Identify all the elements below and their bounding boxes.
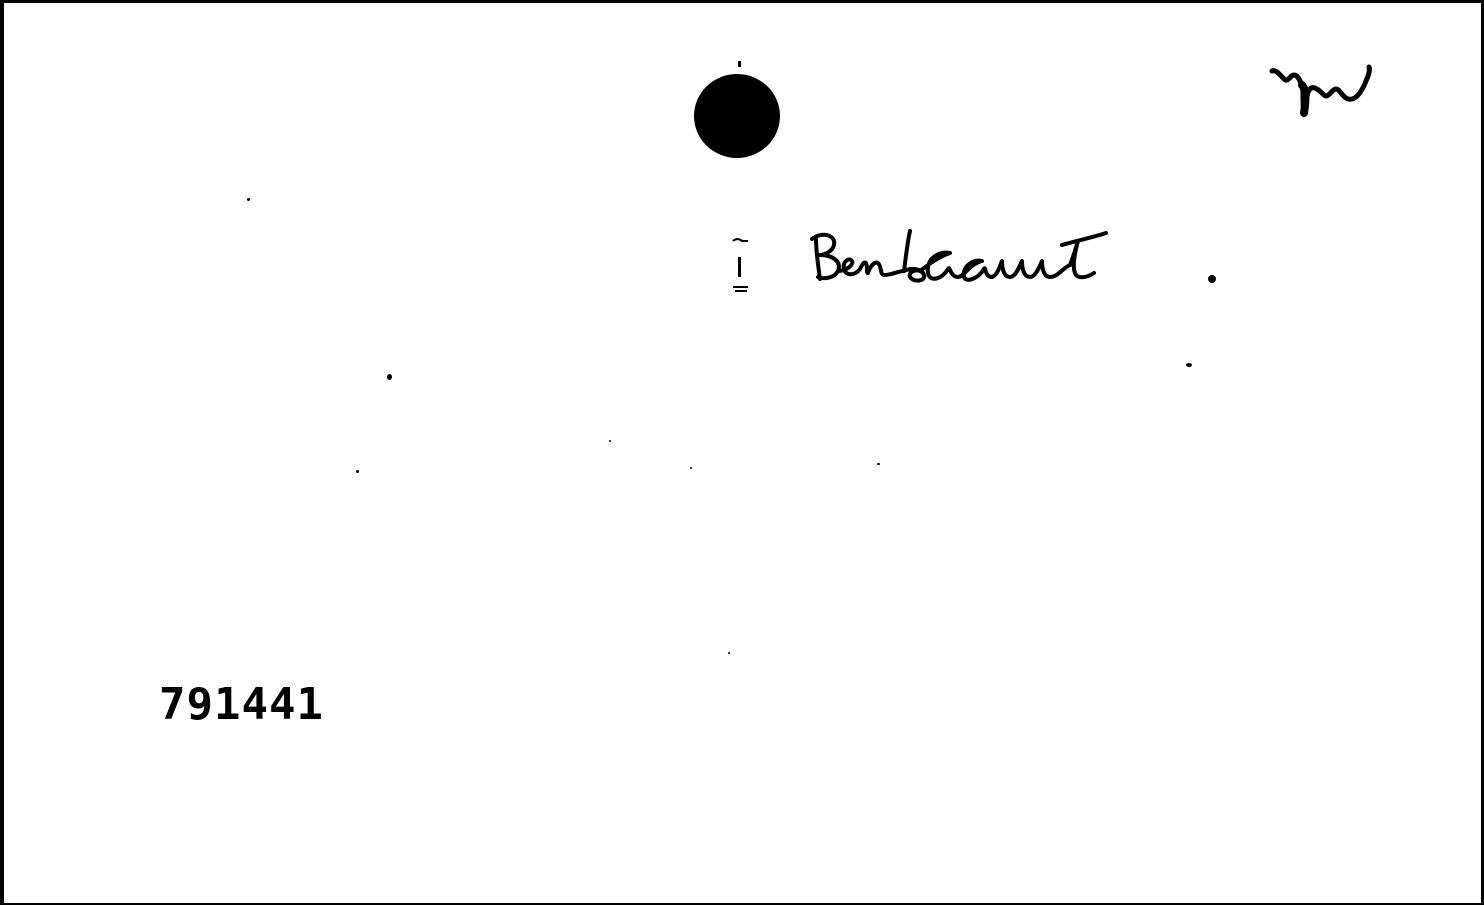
scan-speck	[877, 463, 880, 465]
scan-speck	[728, 652, 730, 654]
card-number: 791441	[159, 683, 324, 727]
signature-icon	[808, 225, 1228, 295]
initials-scribble-icon	[1266, 61, 1376, 121]
roman-i-icon	[730, 235, 752, 297]
scan-speck	[738, 61, 741, 67]
punch-hole	[694, 74, 780, 158]
scan-speck	[247, 198, 250, 201]
scan-speck	[690, 467, 692, 469]
scan-speck	[609, 440, 611, 442]
handwritten-initials: ym	[1266, 61, 1376, 121]
index-card: ym i Bentsaamt.	[4, 3, 1482, 903]
scan-speck	[1186, 363, 1192, 367]
roman-numeral-mark: i	[730, 235, 752, 297]
scan-speck	[387, 374, 392, 380]
handwritten-name: Bentsaamt.	[808, 225, 1228, 295]
scan-speck	[356, 470, 359, 473]
